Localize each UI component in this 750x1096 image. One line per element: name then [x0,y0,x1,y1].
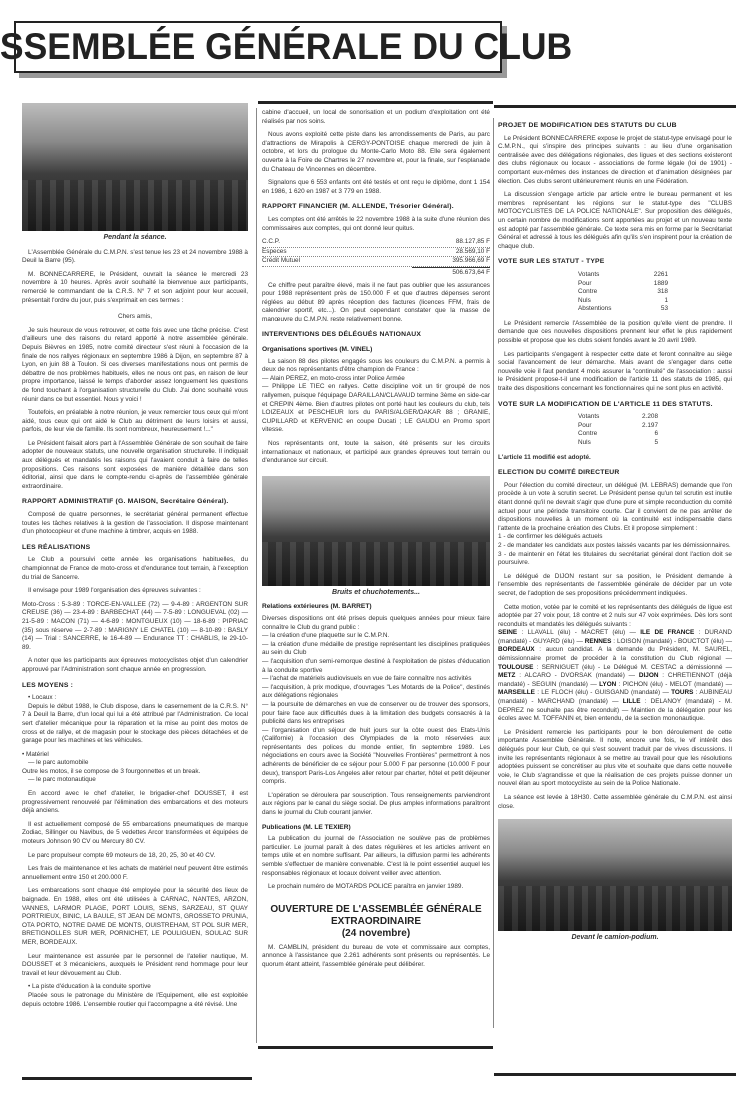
list-item: — l'acquisition, à prix modique, d'ouvra… [262,684,490,701]
region-name: ILE DE FRANCE [640,629,694,636]
adopted-statement: L'article 11 modifié est adopté. [498,454,732,463]
region-name: METZ [498,672,515,679]
vote-label: Nuls [578,297,591,306]
section-title-date: (24 novembre) [262,928,490,940]
subsection-heading: Organisations sportives (M. VINEL) [262,346,490,355]
paragraph: La publication du journal de l'Associati… [262,835,490,878]
paragraph: Le Président remercie les participants p… [498,729,732,789]
section-heading: LES MOYENS : [22,682,248,691]
paragraph: Le Président BONNECARRERE expose le proj… [498,135,732,187]
list-item: 2 - de mandater les candidats aux postes… [498,542,732,551]
accounts-total: 506.673,64 F [412,267,490,278]
paragraph: Depuis le début 1988, le Club dispose, d… [22,703,248,746]
paragraph: Le délégué de DIJON restant sur sa posit… [498,573,732,599]
paragraph: Diverses dispositions ont été prises dep… [262,615,490,632]
accounts-table: C.C.P.88.127,85 F Especes28.569,10 F Cré… [262,238,490,277]
paragraph: — Philippe LE TIEC en rallyes. Cette dis… [262,383,490,435]
account-value: 88.127,85 F [456,238,490,247]
paragraph: Nos représentants ont, toute la saison, … [262,440,490,466]
paragraph: Leur maintenance est assurée par le pers… [22,953,248,979]
vote-row: Pour1889 [578,280,668,289]
paragraph: Signalons que 6 553 enfants ont été test… [262,179,490,196]
vote-row: Votants2.208 [578,413,658,422]
vote-value: 5 [654,439,658,448]
list-item: 3 - de maintenir en l'état les titulaire… [498,551,732,568]
vote-row: Abstentions53 [578,305,668,314]
divider [494,1073,736,1076]
paragraph: Cette motion, votée par le comité et les… [498,604,732,630]
region-name: LYON [599,681,616,688]
subsection-heading: Relations extérieures (M. BARRET) [262,603,490,612]
region-name: LILLE [623,698,641,705]
paragraph: Les comptes ont été arrêtés le 22 novemb… [262,216,490,233]
column-1: Pendant la séance. L'Assemblée Générale … [22,101,248,1014]
section-heading: INTERVENTIONS DES DÉLÉGUÉS NATIONAUX [262,331,490,340]
paragraph: Le parc propulseur compte 69 moteurs de … [22,852,248,861]
paragraph: Le Président faisait alors part à l'Asse… [22,440,248,492]
page-title: L'ASSEMBLÉE GÉNÉRALE DU CLUB [0,26,572,68]
column-2: cabine d'accueil, un local de sonorisati… [262,109,490,975]
photo-meeting-room [262,476,490,586]
section-heading: LES RÉALISATIONS [22,544,248,553]
paragraph: La discussion s'engage article par artic… [498,191,732,251]
paragraph: En accord avec le chef d'atelier, le bri… [22,790,248,816]
salutation: Chers amis, [22,313,248,322]
paragraph: Toutefois, en préalable à notre réunion,… [22,409,248,435]
sub-item: — le parc automobile [22,759,248,768]
list-item: — l'acquisition d'un semi-remorque desti… [262,658,490,675]
paragraph: Les frais de maintenance et les achats d… [22,865,248,882]
paragraph: La saison 88 des pilotes engagés sous le… [262,358,490,375]
paragraph: Je suis heureux de vous retrouver, et ce… [22,327,248,404]
account-row: Crédit Mutuel395.966,69 F [262,257,490,267]
region-name: DIJON [639,672,659,679]
vote-label: Pour [578,422,592,431]
region-name: BORDEAUX [498,646,535,653]
account-row: C.C.P.88.127,85 F [262,238,490,248]
vote-label: Abstentions [578,305,611,314]
section-title-line: OUVERTURE DE L'ASSEMBLÉE GÉNÉRALE EXTRAO… [262,904,490,928]
vote-label: Nuls [578,439,591,448]
account-label: Especes [262,248,287,257]
paragraph: Les embarcations sont chaque été employé… [22,887,248,947]
paragraph: Le prochain numéro de MOTARDS POLICE par… [262,883,490,892]
region-name: SEINE [498,629,517,636]
vote-value: 2.197 [642,422,658,431]
region-name: MARSEILLE [498,689,535,696]
vote-label: Contre [578,288,597,297]
divider [258,1046,493,1049]
list-item: — la création d'une plaquette sur le C.M… [262,632,490,641]
vote-value: 1 [664,297,668,306]
paragraph: L'opération se déroulera par souscriptio… [262,792,490,818]
paragraph: cabine d'accueil, un local de sonorisati… [262,109,490,126]
paragraph: Le Club a poursuivi cette année les orga… [22,556,248,582]
photo-meeting-session [22,103,248,231]
account-label: C.C.P. [262,238,280,247]
divider [494,105,736,108]
region-name: RENNES [585,638,612,645]
photo-caption: Devant le camion-podium. [498,934,732,943]
list-item: — la création d'une médaille de prestige… [262,641,490,658]
region-name: TOULOUSE [498,664,533,671]
section-heading: ELECTION DU COMITÉ DIRECTEUR [498,469,732,478]
column-3: PROJET DE MODIFICATION DES STATUTS DU CL… [498,115,732,949]
bullet: • Locaux : [22,694,248,703]
vote-row: Nuls5 [578,439,658,448]
vote-row: Nuls1 [578,297,668,306]
vote-row: Contre6 [578,430,658,439]
account-row: Especes28.569,10 F [262,248,490,258]
vote-results-article-11: Votants2.208 Pour2.197 Contre6 Nuls5 [578,413,658,447]
vote-label: Pour [578,280,592,289]
paragraph: L'Assemblée Générale du C.M.P.N. s'est t… [22,249,248,266]
account-label: Crédit Mutuel [262,257,300,266]
vote-results-statut: Votants2261 Pour1889 Contre318 Nuls1 Abs… [578,271,668,314]
bullet: • La piste d'éducation à la conduite spo… [22,983,248,992]
photo-caption: Pendant la séance. [22,234,248,243]
vote-value: 318 [657,288,668,297]
vote-value: 6 [654,430,658,439]
account-value: 395.966,69 F [452,257,490,266]
section-title: OUVERTURE DE L'ASSEMBLÉE GÉNÉRALE EXTRAO… [262,904,490,940]
divider [258,101,493,104]
sub-item: — le parc motonautique [22,776,248,785]
vote-row: Votants2261 [578,271,668,280]
delegate-text: : LLAVALL (élu) - MACRET (élu) — [517,629,640,636]
paragraph: — Alain PEREZ, en moto-cross inter Polic… [262,375,490,384]
list-item: — l'organisation d'un séjour de huit jou… [262,727,490,787]
paragraph: Il envisage pour 1989 l'organisation des… [22,587,248,596]
paragraph: Nous avons exploité cette piste dans les… [262,131,490,174]
photo-caption: Bruits et chuchotements... [262,589,490,598]
delegate-text: : SERNIGUET (élu) - Le Délégué M. CESTAC… [533,664,732,671]
vote-label: Votants [578,271,599,280]
vote-value: 2261 [654,271,668,280]
divider [22,1077,252,1080]
column-rule [256,108,257,1043]
delegate-text: : ALCARO - DVORSAK (mandaté) — [515,672,639,679]
list-item: — l'achat de matériels audiovisuels en v… [262,675,490,684]
section-heading: RAPPORT FINANCIER (M. ALLENDE, Trésorier… [262,203,490,212]
section-heading: PROJET DE MODIFICATION DES STATUTS DU CL… [498,122,732,131]
paragraph: Composé de quatre personnes, le secrétar… [22,511,248,537]
vote-value: 1889 [654,280,668,289]
vote-row: Contre318 [578,288,668,297]
delegates-list: SEINE : LLAVALL (élu) - MACRET (élu) — I… [498,629,732,724]
column-rule [493,118,494,1028]
delegate-text: : LE FLOCH (élu) - GUISGAND (mandaté) — [535,689,671,696]
delegate-text: : PICHON (élu) - MELOT (mandaté) — [616,681,732,688]
section-heading: VOTE SUR LES STATUT - TYPE [498,258,732,267]
vote-value: 2.208 [642,413,658,422]
photo-group-truck [498,819,732,931]
bullet: • Matériel [22,751,248,760]
section-heading: RAPPORT ADMINISTRATIF (G. MAISON, Secrét… [22,498,248,507]
section-heading: VOTE SUR LA MODIFICATION DE L'ARTICLE 11… [498,401,732,410]
subsection-heading: Publications (M. LE TEXIER) [262,824,490,833]
vote-label: Votants [578,413,599,422]
paragraph: Les participants s'engagent à respecter … [498,351,732,394]
paragraph: Outre les motos, il se compose de 3 four… [22,768,248,777]
paragraph: M. CAMBLIN, président du bureau de vote … [262,944,490,970]
vote-label: Contre [578,430,597,439]
paragraph: Ce chiffre peut paraître élevé, mais il … [262,282,490,325]
paragraph: Pour l'élection du comité directeur, un … [498,482,732,534]
paragraph: Il est actuellement composé de 55 embarc… [22,821,248,847]
list-item: — la poursuite de démarches en vue de co… [262,701,490,727]
page-title-box: L'ASSEMBLÉE GÉNÉRALE DU CLUB [14,21,502,73]
paragraph: M. BONNECARRERE, le Président, ouvrait l… [22,271,248,305]
account-value: 28.569,10 F [456,248,490,257]
region-name: TOURS [671,689,693,696]
vote-value: 53 [661,305,668,314]
paragraph: A noter que les participants aux épreuve… [22,657,248,674]
delegate-text: : LOISON (mandaté) - BOUCTOT (élu) — [611,638,732,645]
paragraph: La séance est levée à 18H30. Cette assem… [498,794,732,811]
vote-row: Pour2.197 [578,422,658,431]
list-item: 1 - de confirmer les délégués actuels [498,533,732,542]
paragraph: Le Président remercie l'Assemblée de la … [498,320,732,346]
paragraph: Moto-Cross : 5-3-89 : TORCE-EN-VALLEE (7… [22,601,248,653]
paragraph: Placée sous le patronage du Ministère de… [22,992,248,1009]
